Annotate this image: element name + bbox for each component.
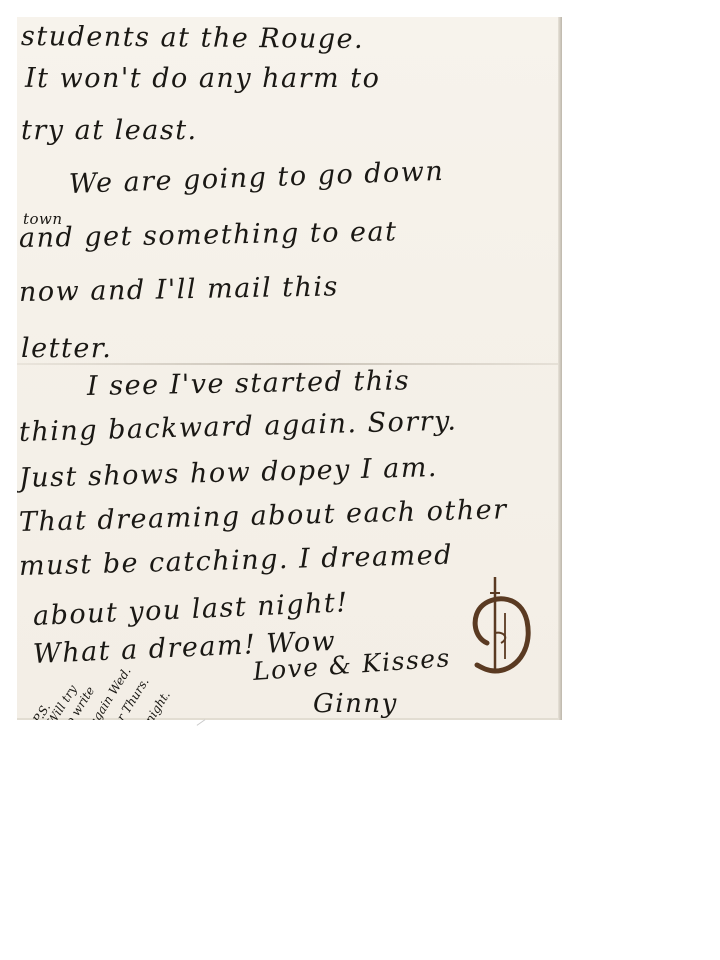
- letter-line-12: must be catching. I dreamed: [19, 540, 454, 582]
- letter-line-3: try at least.: [21, 115, 198, 146]
- letter-line-11: That dreaming about each other: [19, 494, 508, 538]
- letter-line-6: now and I'll mail this: [19, 271, 339, 308]
- letter-line-8: I see I've started this: [87, 365, 411, 402]
- postscript-line-6: night.: [143, 689, 173, 720]
- scan-artifact: [197, 719, 206, 726]
- letter-page: students at the Rouge. It won't do any h…: [17, 17, 562, 720]
- letter-line-13: about you last night!: [32, 587, 349, 632]
- letter-line-1: students at the Rouge.: [21, 21, 364, 55]
- letter-line-2: It won't do any harm to: [25, 63, 380, 94]
- letter-line-9: thing backward again. Sorry.: [19, 406, 458, 448]
- letter-line-10: Just shows how dopey I am.: [19, 452, 439, 494]
- letter-signature: Ginny: [313, 689, 398, 719]
- letter-line-4: We are going to go down: [68, 156, 444, 200]
- letter-line-5: and get something to eat: [19, 216, 398, 254]
- monogram-d-icon: [465, 573, 535, 683]
- letter-line-7: letter.: [21, 333, 112, 364]
